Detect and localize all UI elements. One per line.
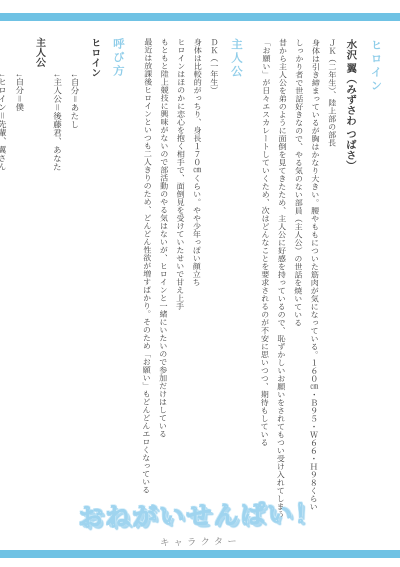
profile-line: 身体は比較的がっちり、身長１７０㎝くらい。やや少年っぽい顔立ち	[188, 38, 205, 550]
character-profile-page: ヒロイン 水沢 翼（みずさわ つばさ） ＪＫ（二年生）、陸上部の部長 身体は引き…	[0, 0, 400, 567]
naming-line: ↓自分＝あたし	[65, 37, 83, 549]
protagonist-section-header: 主人公	[223, 38, 246, 550]
character-sheet-text: ヒロイン 水沢 翼（みずさわ つばさ） ＪＫ（二年生）、陸上部の部長 身体は引き…	[0, 37, 385, 551]
naming-line: ↓主人公＝後藤君、あなた	[47, 37, 65, 549]
profile-line: しっかり者で世話好きなので、やる気のない部員（主人公）の世話を焼いている	[289, 39, 306, 551]
profile-line: もともと陸上競技に興味がないので部活動のやる気はないが、ヒロインと一緒にいたいの…	[155, 38, 172, 550]
logo-area: おねがいせんぱい！ キャラクター	[78, 494, 322, 550]
section-protagonist: 主人公 ＤＫ（一年生） 身体は比較的がっちり、身長１７０㎝くらい。やや少年っぽい…	[138, 38, 246, 551]
naming-protagonist-label: 主人公	[27, 37, 47, 549]
profile-line: 昔から主人公を弟のように面倒を見てきたため、主人公に好感を持っているので、恥ずか…	[273, 38, 290, 550]
heroine-section-header: ヒロイン	[363, 39, 386, 551]
top-border-bar	[0, 13, 400, 21]
profile-line: ヒロインはほのかに恋心を抱く相手で、面倒見を受けていたせいで甘え上手	[171, 38, 188, 550]
profile-line: ＪＫ（二年生）、陸上部の部長	[322, 39, 339, 551]
naming-section-header: 呼び方	[105, 38, 128, 550]
profile-line: 身体は引き締まっているが胸はかなり大きい。腰やももについた筋肉が気になっている。…	[306, 39, 323, 551]
section-how-they-call: 呼び方 ヒロイン ↓自分＝あたし ↓主人公＝後藤君、あなた 主人公 ↓自分＝僕 …	[0, 37, 128, 550]
section-heroine: ヒロイン 水沢 翼（みずさわ つばさ） ＪＫ（二年生）、陸上部の部長 身体は引き…	[256, 38, 385, 551]
heroine-name: 水沢 翼（みずさわ つばさ）	[339, 39, 360, 551]
profile-line: 最近は放課後ヒロインといつも二人きりのため、どんどん性欲が増すばかり。そのため「…	[138, 38, 155, 550]
title-logo: おねがいせんぱい！	[78, 494, 322, 534]
naming-line: ↓ヒロイン＝先輩、翼さん	[0, 37, 9, 549]
naming-heroine-label: ヒロイン	[82, 37, 102, 549]
profile-line: 「お願い」が日々エスカレートしていくため、次はどんなことを要求されるのが不安に思…	[256, 38, 273, 550]
profile-line: ＤＫ（一年生）	[204, 38, 221, 550]
naming-line: ↓自分＝僕	[9, 37, 27, 549]
bottom-border-bar	[0, 550, 400, 558]
